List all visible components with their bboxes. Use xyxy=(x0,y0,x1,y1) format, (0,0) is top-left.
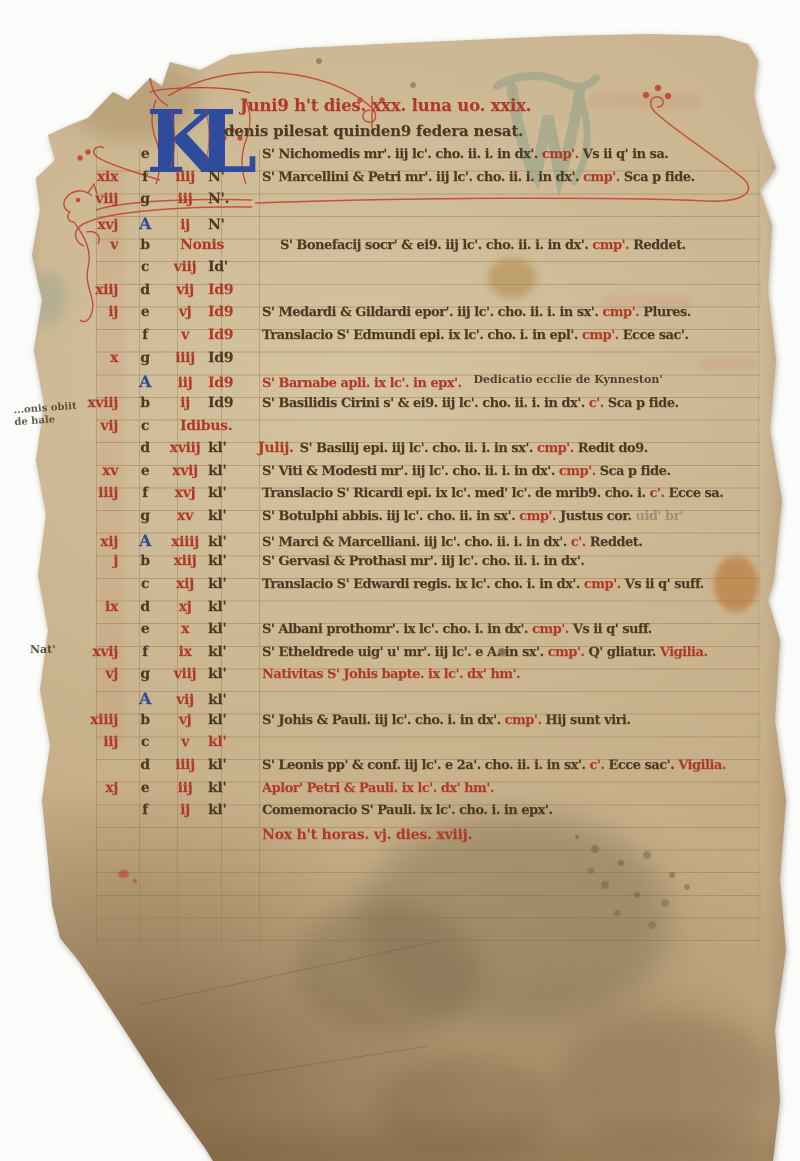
feast-entry-segment: S' Medardi & Gildardi epor'. iij lc'. ch… xyxy=(262,305,598,320)
calendar-row: xiijdvijId9 xyxy=(60,282,262,304)
day-numeral: iij xyxy=(162,780,208,796)
feast-entry-segment: c'. xyxy=(567,535,586,550)
dominical-letter: e xyxy=(128,146,162,162)
dominical-letter: c xyxy=(128,259,162,275)
roman-date-marker: Id9 xyxy=(208,282,256,298)
golden-number: xij xyxy=(60,534,128,550)
feast-entry-segment: Aplor' Petri & Pauli. ix lc'. dx' hm'. xyxy=(262,781,494,796)
feast-entry-segment: uid' br' xyxy=(631,509,683,524)
dominical-letter: A xyxy=(128,689,162,708)
feast-entry-segment: S' Viti & Modesti mr'. iij lc'. cho. ii.… xyxy=(262,464,555,479)
feast-entry: Translacio S' Edwardi regis. ix lc'. cho… xyxy=(256,577,704,592)
dominical-letter: e xyxy=(128,621,162,637)
day-numeral: viij xyxy=(162,259,208,275)
feast-entry-segment: cmp'. xyxy=(578,328,619,343)
feast-entry-segment: Translacio S' Edmundi epi. ix lc'. cho. … xyxy=(262,328,578,343)
feast-entry-segment: Ecce sa. xyxy=(664,486,723,501)
feast-entry-segment: cmp'. xyxy=(579,170,620,185)
golden-number: xj xyxy=(60,780,128,796)
feast-entry: S' Marci & Marcelliani. iij lc'. cho. ii… xyxy=(256,535,642,550)
golden-number: ix xyxy=(60,599,128,615)
roman-date-marker: N' xyxy=(208,169,256,185)
calendar-row: exkl'S' Albani prothomr'. ix lc'. cho. i… xyxy=(60,621,652,643)
feast-entry: S' Botulphi abbis. iij lc'. cho. ii. in … xyxy=(256,509,683,524)
golden-number: xiij xyxy=(60,282,128,298)
feast-entry-segment: Reddet. xyxy=(629,238,686,253)
feast-entry: S' Johis & Pauli. iij lc'. cho. i. in dx… xyxy=(256,713,630,728)
feast-entry-segment: cmp'. xyxy=(515,509,556,524)
day-numeral: iiij xyxy=(162,350,208,366)
golden-number: j xyxy=(60,553,128,569)
feast-entry-segment: cmp'. xyxy=(501,713,542,728)
calendar-row: vjgviijkl'Nativitas S' Johis bapte. ix l… xyxy=(60,666,520,688)
day-numeral: xiij xyxy=(162,553,208,569)
nox-horas-line: Nox h't horas. vj. dies. xviij. xyxy=(262,827,472,843)
roman-date-month: Julij. xyxy=(256,440,294,456)
calendar-row: vijcIdibus. xyxy=(60,418,280,440)
dominical-letter: c xyxy=(128,734,162,750)
feast-entry: S' Albani prothomr'. ix lc'. cho. i. in … xyxy=(256,622,652,637)
feast-entry-segment: S' Gervasi & Prothasi mr'. iij lc'. cho.… xyxy=(262,554,584,569)
feast-entry-segment: S' Albani prothomr'. ix lc'. cho. i. in … xyxy=(262,622,528,637)
calendar-row: eS' Nichomedis mr'. iij lc'. cho. ii. i.… xyxy=(60,146,668,168)
roman-date-marker: Idibus. xyxy=(162,418,274,434)
month-title: Juni9 h't dies. xxx. luna uo. xxix. xyxy=(240,96,531,115)
feast-entry: S' Basilij epi. iij lc'. cho. ii. i. in … xyxy=(294,441,648,456)
roman-date-marker: kl' xyxy=(208,576,256,592)
feast-entry-segment: Sca p fide. xyxy=(596,464,671,479)
feast-entry: S' Medardi & Gildardi epor'. iij lc'. ch… xyxy=(256,305,691,320)
day-numeral: xvj xyxy=(162,485,208,501)
dominical-letter: f xyxy=(128,485,162,501)
feast-entry: S' Viti & Modesti mr'. iij lc'. cho. ii.… xyxy=(256,464,670,479)
text-layer: Juni9 h't dies. xxx. luna uo. xxix. deni… xyxy=(0,0,800,1161)
feast-entry: Aplor' Petri & Pauli. ix lc'. dx' hm'. xyxy=(256,781,494,796)
calendar-row: dxviijkl'Julij.S' Basilij epi. iij lc'. … xyxy=(60,440,648,462)
calendar-row: AiijId9S' Barnabe apli. ix lc'. in epx'.… xyxy=(60,372,663,394)
feast-entry-segment: Reddet. xyxy=(586,535,643,550)
golden-number: xvij xyxy=(60,644,128,660)
dominical-letter: A xyxy=(128,531,162,550)
calendar-row: fijkl'Comemoracio S' Pauli. ix lc'. cho.… xyxy=(60,802,552,824)
golden-number: iij xyxy=(60,734,128,750)
feast-entry-segment: cmp'. xyxy=(544,645,585,660)
day-numeral: xvij xyxy=(162,463,208,479)
feast-entry-segment: Vigilia. xyxy=(674,758,726,773)
feast-entry: S' Etheldrede uig' u' mr'. iij lc'. e A.… xyxy=(256,645,707,660)
feast-entry-segment: Q' gliatur. xyxy=(584,645,655,660)
day-numeral: xv xyxy=(162,508,208,524)
golden-number: iiij xyxy=(60,485,128,501)
dominical-letter: d xyxy=(128,440,162,456)
feast-entry-segment: cmp'. xyxy=(555,464,596,479)
feast-entry-segment: Translacio S' Ricardi epi. ix lc'. med' … xyxy=(262,486,645,501)
roman-date-marker: Id9 xyxy=(208,395,256,411)
dominical-letter: b xyxy=(128,395,162,411)
golden-number: xiiij xyxy=(60,712,128,728)
feast-entry: Comemoracio S' Pauli. ix lc'. cho. i. in… xyxy=(256,803,552,818)
feast-entry-segment: Translacio S' Edwardi regis. ix lc'. cho… xyxy=(262,577,580,592)
calendar-row: xiiijbvjkl'S' Johis & Pauli. iij lc'. ch… xyxy=(60,712,630,734)
calendar-row: iijcvkl' xyxy=(60,734,262,756)
feast-entry-segment: S' Marci & Marcelliani. iij lc'. cho. ii… xyxy=(262,535,567,550)
day-numeral: xj xyxy=(162,599,208,615)
roman-date-marker: kl' xyxy=(208,757,256,773)
feast-entry-segment: Vigilia. xyxy=(656,645,708,660)
dominical-letter: f xyxy=(128,327,162,343)
feast-entry-segment: S' Bonefacij socr' & ei9. iij lc'. cho. … xyxy=(280,238,588,253)
feast-entry-segment: cmp'. xyxy=(528,622,569,637)
feast-entry: S' Marcellini & Petri mr'. iij lc'. cho.… xyxy=(256,170,695,185)
dominical-letter: b xyxy=(128,712,162,728)
feast-entry: S' Basilidis Cirini s' & ei9. iij lc'. c… xyxy=(256,396,679,411)
calendar-row: xvexvijkl'S' Viti & Modesti mr'. iij lc'… xyxy=(60,463,670,485)
feast-entry-segment: Ecce sac'. xyxy=(604,758,674,773)
day-numeral: v xyxy=(162,327,208,343)
roman-date-marker: kl' xyxy=(208,644,256,660)
calendar-row: Avijkl' xyxy=(60,689,262,711)
feast-entry-segment: Sca p fide. xyxy=(620,170,695,185)
day-numeral: ij xyxy=(162,217,208,233)
golden-number: ij xyxy=(60,304,128,320)
feast-entry-segment: Redit do9. xyxy=(574,441,648,456)
feast-entry-segment: c'. xyxy=(585,396,604,411)
feast-entry-segment: S' Marcellini & Petri mr'. iij lc'. cho.… xyxy=(262,170,579,185)
calendar-row: gxvkl'S' Botulphi abbis. iij lc'. cho. i… xyxy=(60,508,683,530)
calendar-row: xvijfixkl'S' Etheldrede uig' u' mr'. iij… xyxy=(60,644,707,666)
roman-date-marker: kl' xyxy=(208,621,256,637)
golden-number: xv xyxy=(60,463,128,479)
feast-entry-segment: S' Barnabe apli. ix lc'. in epx'. xyxy=(262,376,462,391)
calendar-row: xjeiijkl'Aplor' Petri & Pauli. ix lc'. d… xyxy=(60,780,494,802)
feast-entry: S' Bonefacij socr' & ei9. iij lc'. cho. … xyxy=(274,238,686,253)
golden-number: viij xyxy=(60,191,128,207)
calendar-row: viijgiijN'. xyxy=(60,191,262,213)
feast-entry: S' Leonis pp' & conf. iij lc'. e 2a'. ch… xyxy=(256,758,726,773)
day-numeral: iiij xyxy=(162,169,208,185)
dominical-letter: d xyxy=(128,599,162,615)
marginal-dedication-note: Dedicatio ecclie de Kynneston' xyxy=(462,373,663,386)
dominical-letter: A xyxy=(128,372,162,391)
dominical-letter: g xyxy=(128,350,162,366)
calendar-row: ijevjId9S' Medardi & Gildardi epor'. iij… xyxy=(60,304,691,326)
feast-entry-segment: cmp'. xyxy=(580,577,621,592)
roman-date-marker: kl' xyxy=(208,534,256,550)
day-numeral: viij xyxy=(162,666,208,682)
roman-date-marker: kl' xyxy=(208,802,256,818)
feast-entry-segment: S' Johis & Pauli. iij lc'. cho. i. in dx… xyxy=(262,713,501,728)
dominical-letter: g xyxy=(128,508,162,524)
day-numeral: xiiij xyxy=(162,534,208,550)
dominical-letter: A xyxy=(128,214,162,233)
calendar-row: cviijId' xyxy=(60,259,262,281)
feast-entry-segment: S' Nichomedis mr'. iij lc'. cho. ii. i. … xyxy=(262,147,538,162)
day-numeral: vj xyxy=(162,304,208,320)
calendar-row: xijAxiiijkl'S' Marci & Marcelliani. iij … xyxy=(60,531,642,553)
marginal-obit-note: ...onis obiit de hale xyxy=(13,401,78,429)
dominical-letter: g xyxy=(128,191,162,207)
dominical-letter: b xyxy=(128,237,162,253)
dominical-letter: e xyxy=(128,463,162,479)
calendar-row: xvjAijN' xyxy=(60,214,262,236)
roman-date-marker: Id9 xyxy=(208,375,256,391)
feast-entry-segment: S' Basilij epi. iij lc'. cho. ii. i. in … xyxy=(300,441,533,456)
golden-number: xvj xyxy=(60,217,128,233)
feast-entry-segment: S' Botulphi abbis. iij lc'. cho. ii. in … xyxy=(262,509,515,524)
feast-entry-segment: Plures. xyxy=(639,305,691,320)
calendar-row: diiijkl'S' Leonis pp' & conf. iij lc'. e… xyxy=(60,757,726,779)
calendar-row: vbNonisS' Bonefacij socr' & ei9. iij lc'… xyxy=(60,237,686,259)
feast-entry: Translacio S' Ricardi epi. ix lc'. med' … xyxy=(256,486,723,501)
day-numeral: ij xyxy=(162,802,208,818)
day-numeral: iiij xyxy=(162,757,208,773)
calendar-row: ixdxjkl' xyxy=(60,599,262,621)
day-numeral: xviij xyxy=(162,440,208,456)
calendar-row: iiijfxvjkl'Translacio S' Ricardi epi. ix… xyxy=(60,485,723,507)
dominical-letter: e xyxy=(128,780,162,796)
day-numeral: ix xyxy=(162,644,208,660)
dominical-letter: g xyxy=(128,666,162,682)
feast-entry: Translacio S' Edmundi epi. ix lc'. cho. … xyxy=(256,328,688,343)
dominical-letter: f xyxy=(128,802,162,818)
roman-date-marker: N'. xyxy=(208,191,256,207)
marginal-nat-note: Nat' xyxy=(30,643,56,656)
golden-number: vj xyxy=(60,666,128,682)
dominical-letter: f xyxy=(128,644,162,660)
dominical-letter: b xyxy=(128,553,162,569)
dominical-letter: f xyxy=(128,169,162,185)
golden-number: xix xyxy=(60,169,128,185)
roman-date-marker: Nonis xyxy=(162,237,274,253)
feast-entry-segment: cmp'. xyxy=(533,441,574,456)
roman-date-marker: Id9 xyxy=(208,327,256,343)
feast-entry-segment: S' Basilidis Cirini s' & ei9. iij lc'. c… xyxy=(262,396,585,411)
roman-date-marker: kl' xyxy=(208,485,256,501)
manuscript-scan: KL Juni9 h't dies. xxx. luna uo. xxix. d… xyxy=(0,0,800,1161)
roman-date-marker: kl' xyxy=(208,734,256,750)
calendar-row: jbxiijkl'S' Gervasi & Prothasi mr'. iij … xyxy=(60,553,584,575)
dominical-letter: e xyxy=(128,304,162,320)
feast-entry-segment: c'. xyxy=(585,758,604,773)
feast-entry: S' Gervasi & Prothasi mr'. iij lc'. cho.… xyxy=(256,554,584,569)
calendar-row: cxijkl'Translacio S' Edwardi regis. ix l… xyxy=(60,576,704,598)
feast-entry-segment: cmp'. xyxy=(588,238,629,253)
roman-date-marker: kl' xyxy=(208,712,256,728)
dominical-letter: c xyxy=(128,576,162,592)
roman-date-marker: kl' xyxy=(208,553,256,569)
roman-date-marker: kl' xyxy=(208,440,256,456)
feast-entry-segment: cmp'. xyxy=(538,147,579,162)
roman-date-marker: kl' xyxy=(208,780,256,796)
day-numeral: vij xyxy=(162,692,208,708)
roman-date-marker: kl' xyxy=(208,508,256,524)
day-numeral: vj xyxy=(162,712,208,728)
roman-date-marker: Id' xyxy=(208,259,256,275)
feast-entry: S' Barnabe apli. ix lc'. in epx'.Dedicat… xyxy=(256,376,663,391)
feast-entry: Nativitas S' Johis bapte. ix lc'. dx' hm… xyxy=(256,667,520,682)
roman-date-marker: kl' xyxy=(208,692,256,708)
day-numeral: vij xyxy=(162,282,208,298)
feast-entry-segment: Sca p fide. xyxy=(604,396,679,411)
day-numeral: v xyxy=(162,734,208,750)
golden-number: x xyxy=(60,350,128,366)
feast-entry-segment: Hij sunt viri. xyxy=(541,713,630,728)
calendar-row: xixfiiijN'S' Marcellini & Petri mr'. iij… xyxy=(60,169,695,191)
feast-entry-segment: Vs ii q' in sa. xyxy=(579,147,669,162)
feast-entry-segment: Justus cor. xyxy=(556,509,632,524)
feast-entry-segment: S' Leonis pp' & conf. iij lc'. e 2a'. ch… xyxy=(262,758,585,773)
roman-date-marker: Id9 xyxy=(208,304,256,320)
feast-entry: S' Nichomedis mr'. iij lc'. cho. ii. i. … xyxy=(256,147,668,162)
feast-entry-segment: Vs ii q' suff. xyxy=(569,622,652,637)
feast-entry-segment: Comemoracio S' Pauli. ix lc'. cho. i. in… xyxy=(262,803,552,818)
calendar-row: fvId9Translacio S' Edmundi epi. ix lc'. … xyxy=(60,327,688,349)
dominical-letter: d xyxy=(128,757,162,773)
calendar-row: xviijbijId9S' Basilidis Cirini s' & ei9.… xyxy=(60,395,679,417)
golden-number: v xyxy=(60,237,128,253)
day-numeral: iij xyxy=(162,375,208,391)
day-numeral: x xyxy=(162,621,208,637)
day-numeral: ij xyxy=(162,395,208,411)
roman-date-marker: Id9 xyxy=(208,350,256,366)
day-numeral: xij xyxy=(162,576,208,592)
feast-entry-segment: S' Etheldrede uig' u' mr'. iij lc'. e A.… xyxy=(262,645,544,660)
day-numeral: iij xyxy=(162,191,208,207)
feast-entry-segment: Nativitas S' Johis bapte. ix lc'. dx' hm… xyxy=(262,667,520,682)
feast-entry-segment: c'. xyxy=(645,486,664,501)
feast-entry-segment: cmp'. xyxy=(598,305,639,320)
feast-entry-segment: Ecce sac'. xyxy=(619,328,689,343)
roman-date-marker: kl' xyxy=(208,463,256,479)
dominical-letter: d xyxy=(128,282,162,298)
roman-date-marker: kl' xyxy=(208,599,256,615)
roman-date-marker: kl' xyxy=(208,666,256,682)
calendar-verse: denis pilesat quinden9 federa nesat. xyxy=(224,122,523,140)
roman-date-marker: N' xyxy=(208,217,256,233)
feast-entry-segment: Vs ii q' suff. xyxy=(621,577,704,592)
dominical-letter: c xyxy=(128,418,162,434)
calendar-row: xgiiijId9 xyxy=(60,350,262,372)
